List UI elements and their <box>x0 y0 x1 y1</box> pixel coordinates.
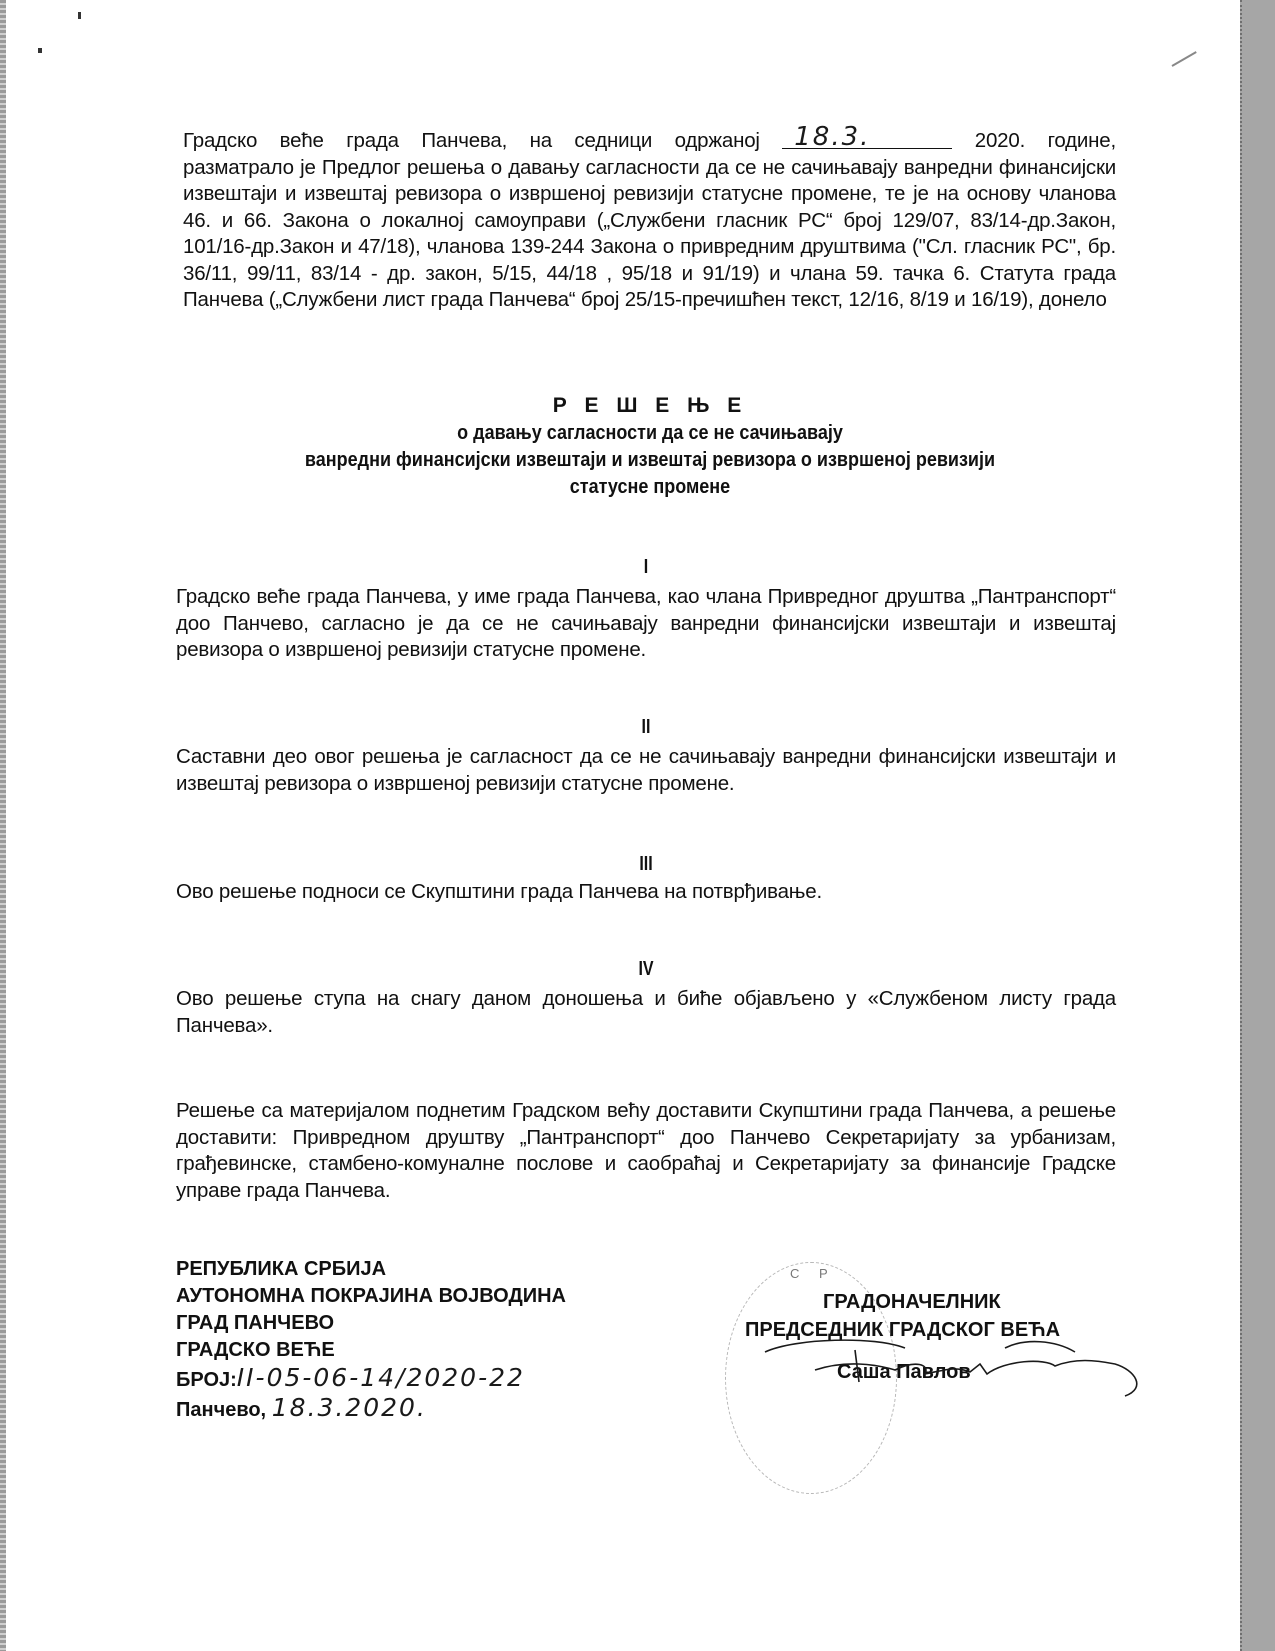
section-1: I Градско веће града Панчева, у име град… <box>176 556 1116 636</box>
section-text: Саставни део овог решења је сагласност д… <box>176 744 1116 797</box>
title-main: Р Е Ш Е Њ Е <box>150 392 1150 420</box>
session-date-handwritten: 18.3. <box>782 126 952 149</box>
intro-first-line: Градско веће града Панчева, на седници о… <box>183 128 1116 155</box>
issuer-line-1: РЕПУБЛИКА СРБИЈА <box>176 1256 566 1283</box>
section-text: Ово решење ступа на снагу даном доношења… <box>176 986 1116 1039</box>
place-date-handwritten: 18.3.2020. <box>272 1393 427 1422</box>
stamp-letters: С Р <box>790 1266 836 1281</box>
section-numeral: I <box>270 556 1022 579</box>
intro-paragraph: Градско веће града Панчева, на седници о… <box>183 128 1116 314</box>
title-sub-1: о давању сагласности да се не сачињавају <box>200 420 1100 447</box>
section-numeral: III <box>270 853 1022 876</box>
place-label: Панчево, <box>176 1399 266 1421</box>
issuer-block: РЕПУБЛИКА СРБИЈА АУТОНОМНА ПОКРАЈИНА ВОЈ… <box>176 1256 566 1424</box>
issuer-line-2: АУТОНОМНА ПОКРАЈИНА ВОЈВОДИНА <box>176 1283 566 1310</box>
decision-title: Р Е Ш Е Њ Е о давању сагласности да се н… <box>150 392 1150 501</box>
section-numeral: II <box>270 716 1022 739</box>
section-text: Ово решење подноси се Скупштини града Па… <box>176 879 1116 906</box>
document-page: Градско веће града Панчева, на седници о… <box>0 0 1240 1651</box>
place-date: Панчево, 18.3.2020. <box>176 1394 566 1424</box>
section-3: III Ово решење подноси се Скупштини град… <box>176 853 1116 880</box>
scan-edge-right <box>1240 0 1275 1651</box>
section-4: IV Ово решење ступа на снагу даном донош… <box>176 958 1116 1011</box>
intro-body: разматрало је Предлог решења о давању са… <box>183 155 1116 314</box>
section-numeral: IV <box>270 958 1022 981</box>
title-sub-3: статусне промене <box>200 474 1100 501</box>
issuer-line-3: ГРАД ПАНЧЕВО <box>176 1310 566 1337</box>
section-text: Градско веће града Панчева, у име града … <box>176 584 1116 664</box>
intro-line1-after: 2020. године, <box>975 129 1116 152</box>
delivery-text: Решење са материјалом поднетим Градском … <box>176 1098 1116 1204</box>
handwritten-signature-icon <box>755 1330 1145 1400</box>
number-value-handwritten: II-05-06-14/2020-22 <box>237 1363 525 1392</box>
intro-line1-before: Градско веће града Панчева, на седници о… <box>183 129 760 152</box>
title-sub-2: ванредни финансијски извештаји и извешта… <box>200 447 1100 474</box>
signatory-title-1: ГРАДОНАЧЕЛНИК <box>745 1288 1060 1316</box>
delivery-paragraph: Решење са материјалом поднетим Градском … <box>176 1098 1116 1204</box>
section-2: II Саставни део овог решења је сагласнос… <box>176 716 1116 769</box>
number-label: БРОЈ: <box>176 1369 237 1391</box>
issuer-line-4: ГРАДСКО ВЕЋЕ <box>176 1337 566 1364</box>
document-number: БРОЈ:II-05-06-14/2020-22 <box>176 1364 566 1394</box>
